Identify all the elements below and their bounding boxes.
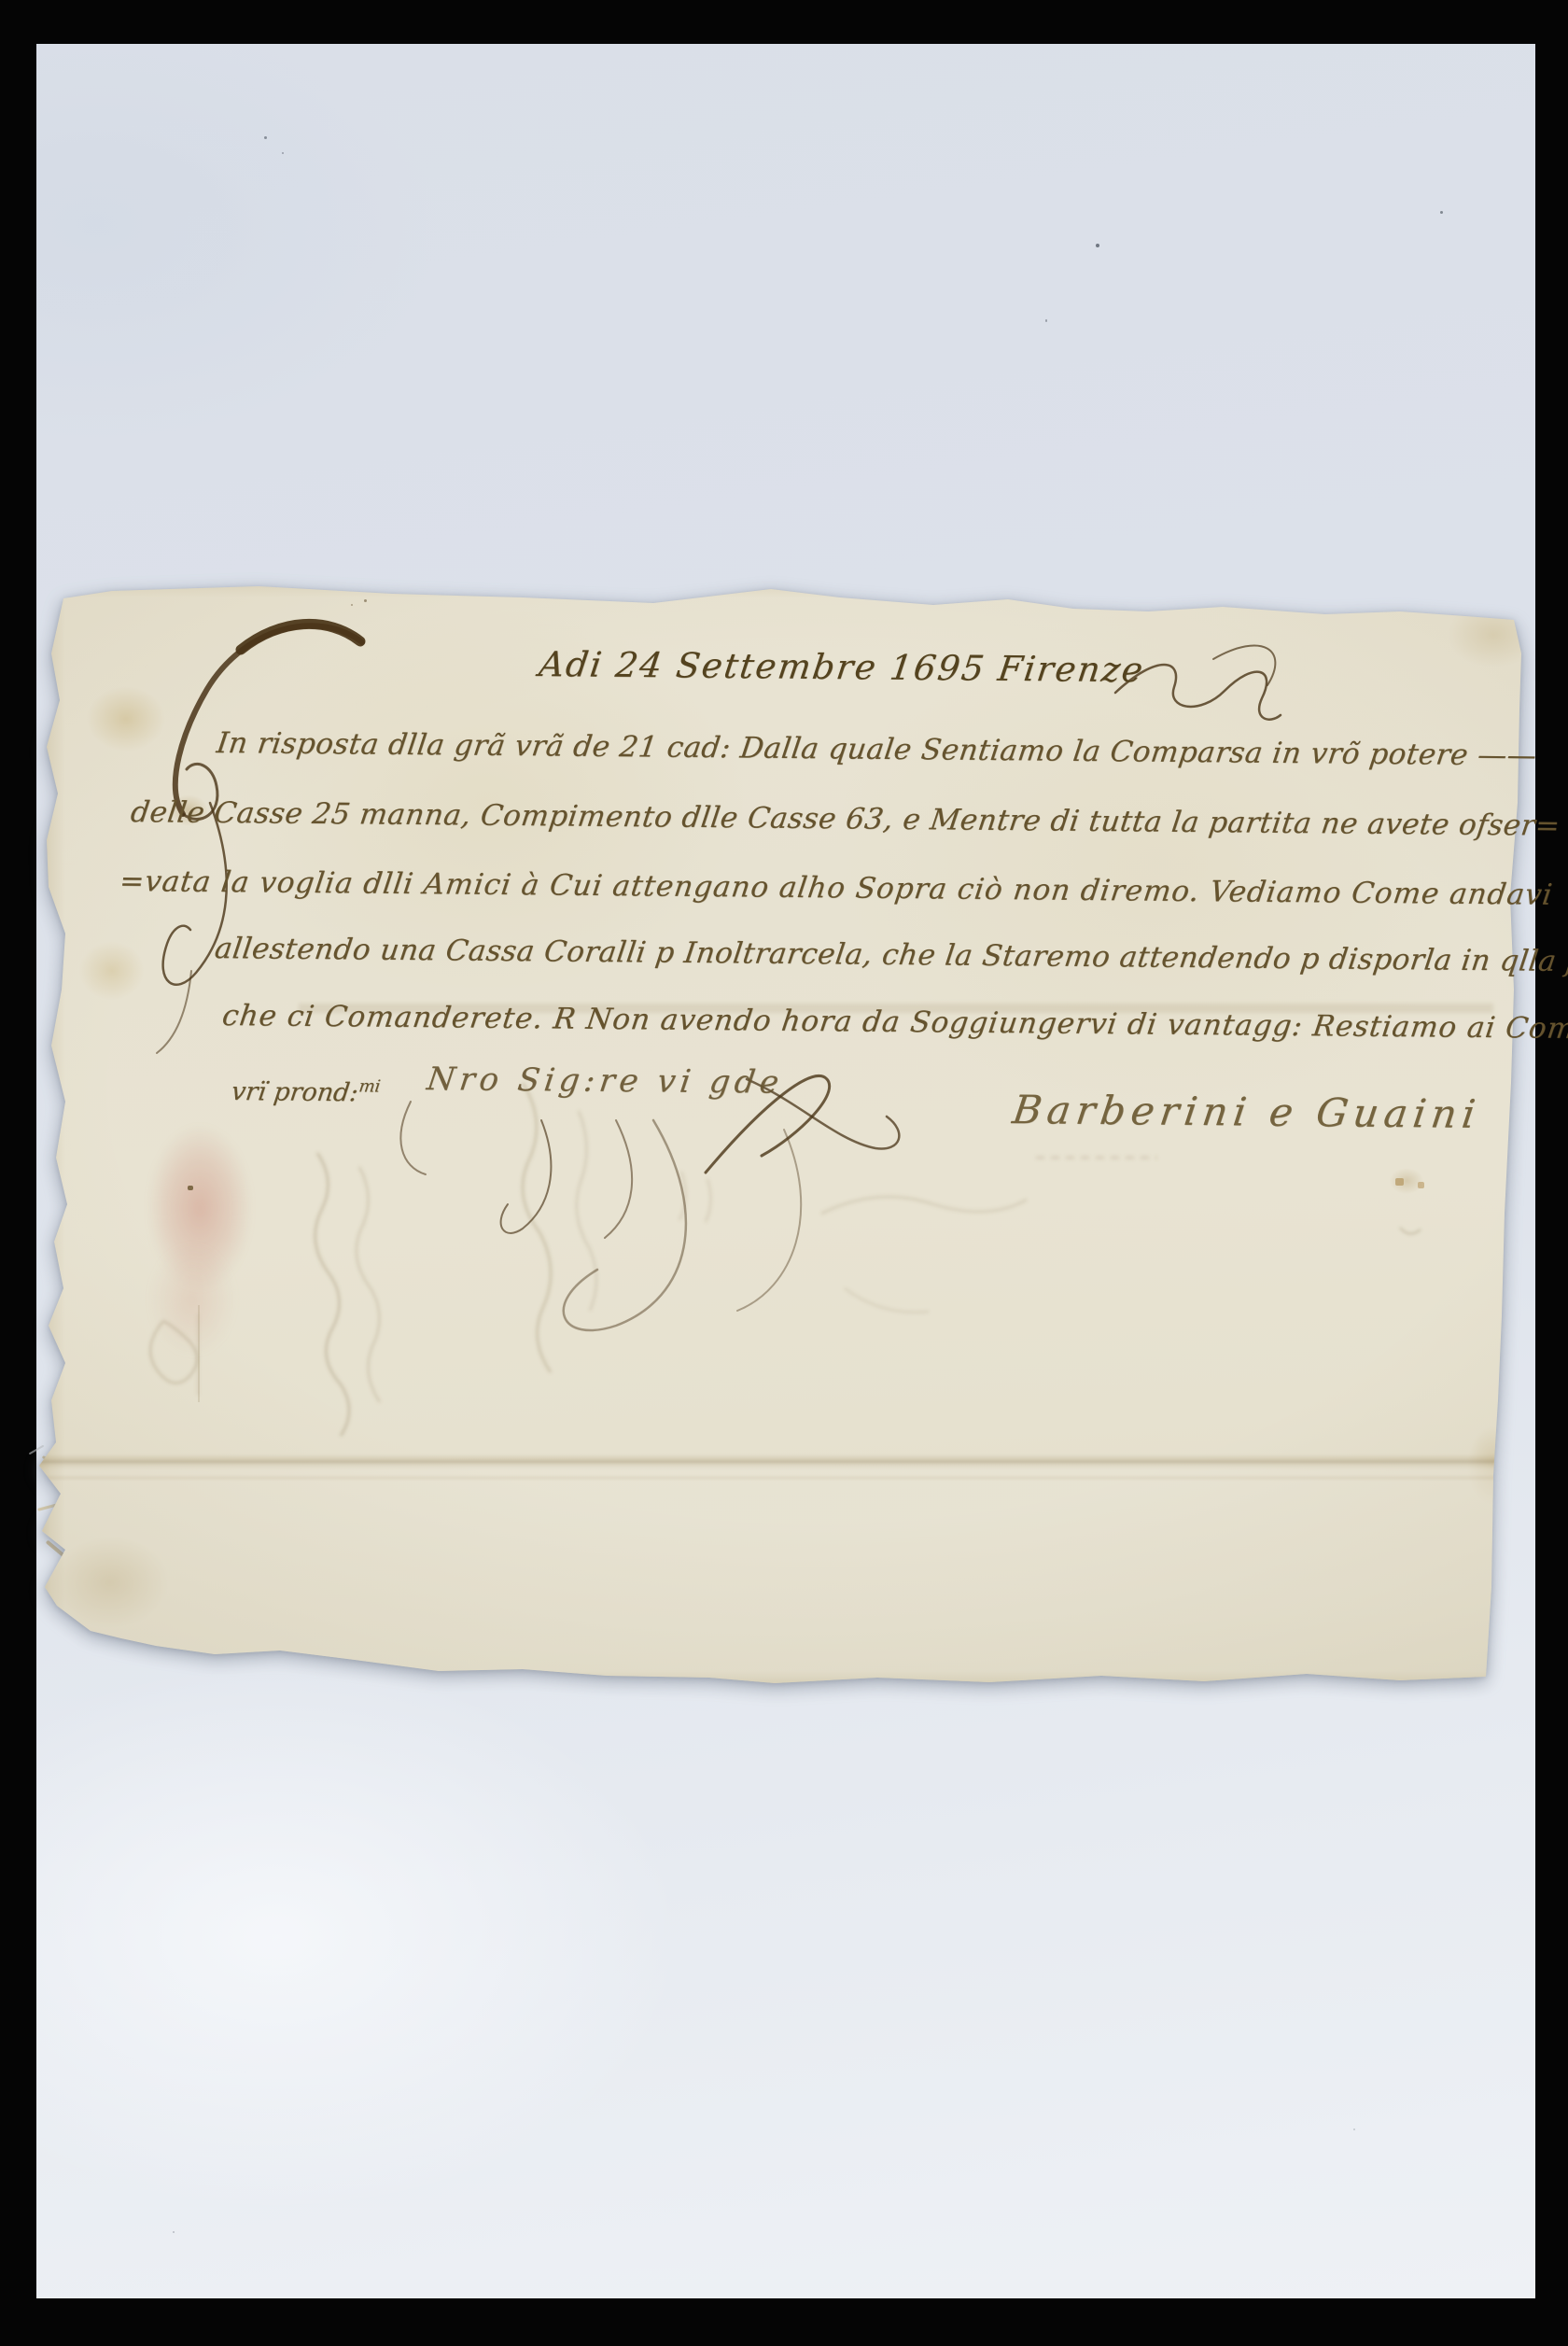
scanned-letter-photo: Adi 24 Settembre 1695 Firenze In rispost… [0,0,1568,2346]
signature: Barberini e Guaini [1010,1087,1483,1137]
ink-flourish [0,0,1568,2346]
date-line: Adi 24 Settembre 1695 Firenze [537,644,1147,690]
closing-flourish: Nro Sig:re vi gde [425,1061,786,1102]
closing-line: vrï prond:mi [230,1075,382,1107]
closing-start: vrï prond: [230,1077,360,1107]
closing-superscript: mi [357,1076,382,1096]
